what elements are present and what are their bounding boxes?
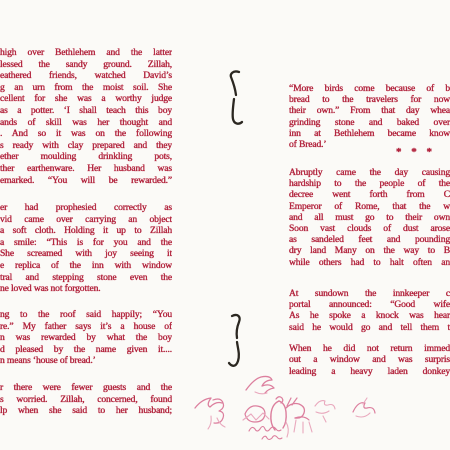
text-line: tral and stepping stone even the [0,272,172,284]
text-line: and all must go to their own [289,212,450,223]
scribble-sketch [353,398,375,417]
scanned-booklet-spread: high over Bethlehem and the latterlessed… [0,0,450,450]
text-line: eathered friends, watched David’s [0,70,172,82]
right-paragraph-2: Abruptly came the day causinghardship to… [289,167,450,268]
text-line: . And so it was on the following [0,128,172,140]
text-line: grinding stone and baked over [289,117,450,128]
text-line: s worried. Zillah, concerned, found [0,394,172,406]
text-line: re.” My father says it’s a house of [0,321,172,333]
text-line: a smile: “This is for you and the [0,237,172,249]
text-line: n was rewarded by what the boy [0,332,172,344]
text-line: bread to the travelers for now [289,94,450,105]
text-line: e replica of the inn with window [0,260,172,272]
left-paragraph-1: high over Bethlehem and the latterlessed… [0,47,172,186]
staple-top-icon [222,68,248,130]
text-line: a soft cloth. Holding it up to Zillah [0,225,172,237]
text-line: as a potter. ‘I shall teach this boy [0,105,172,117]
text-line: ne loved was not forgotten. [0,283,172,295]
text-line: cellent for she was a worthy judge [0,93,172,105]
artist-signature-scribble [249,422,288,440]
traveler-with-donkey-sketch [243,397,335,433]
text-line: ng to the roof said happily; “You [0,309,172,321]
text-line: g an urn from the moist soil. She [0,82,172,94]
text-line: When he did not return immed [289,343,450,354]
text-line: “More birds come because of b [289,83,450,94]
text-line: decree went forth from C [289,189,450,200]
left-paragraph-4: r there were fewer guests and thes worri… [0,382,172,417]
text-line: r there were fewer guests and the [0,382,172,394]
text-line: vid came over carrying an object [0,214,172,226]
left-paragraph-2: er had prophesied correctly asvid came o… [0,202,172,295]
text-line: As he spoke a knock was hear [289,310,450,321]
text-line: d pleased by the name given it.... [0,344,172,356]
text-line: dry land Many on the way to B [289,245,450,256]
text-line: high over Bethlehem and the latter [0,47,172,59]
text-line: ther earthenware. Her husband was [0,163,172,175]
text-line: At sundown the innkeeper c [289,288,450,299]
text-line: said he would go and tell them t [289,322,450,333]
text-line: Emperor of Rome, that the w [289,201,450,212]
left-paragraph-3: ng to the roof said happily; “Youre.” My… [0,309,172,367]
hand-drawn-illustration [183,370,388,450]
text-line: their own.” From that day whea [289,105,450,116]
text-line: lessed the sandy ground. Zillah, [0,59,172,71]
right-paragraph-1: “More birds come because of bbread to th… [289,83,450,150]
text-line: Abruptly came the day causing [289,167,450,178]
text-line: out a window and was surpris [289,354,450,365]
text-line: s ready with clay prepared and they [0,140,172,152]
blank-line [289,333,450,343]
text-line: while others had to halt often an [289,257,450,268]
text-line: inn at Bethlehem became know [289,128,450,139]
perched-bird-sketch [195,398,225,429]
text-line: emarked. “You will be rewarded.” [0,175,172,187]
text-line: portal announced: “Good wife [289,299,450,310]
text-line: She screamed with joy seeing it [0,248,172,260]
text-line: er had prophesied correctly as [0,202,172,214]
asterisk-separator: * * * [396,146,442,158]
text-line: lp when she said to her husband; [0,405,172,417]
staple-bottom-icon [224,310,250,374]
text-line: ands of skill was her thought and [0,117,172,129]
text-line: ether moulding drinkling pots, [0,151,172,163]
text-line: Soon vast clouds of dust arose [289,223,450,234]
text-line: as sandeled feet and pounding [289,234,450,245]
flying-bird-sketch [246,376,274,393]
text-line: hardship to the people of the [289,178,450,189]
text-line: n means ‘house of bread.’ [0,355,172,367]
right-paragraph-3: At sundown the innkeeper cportal announc… [289,288,450,377]
